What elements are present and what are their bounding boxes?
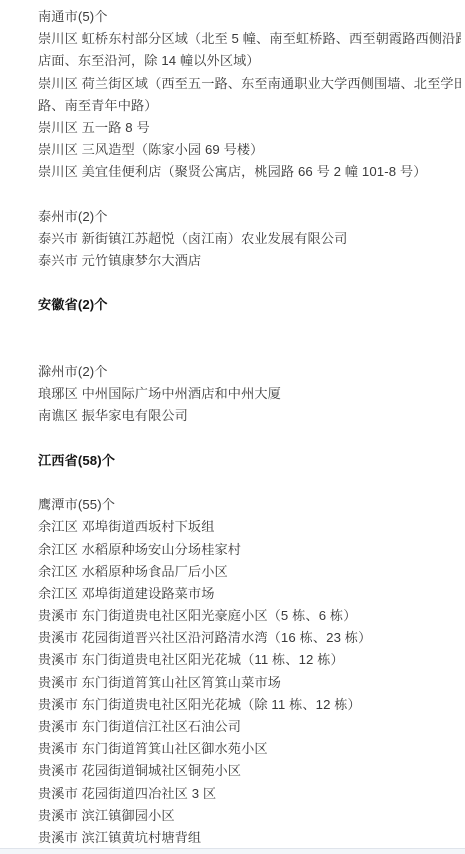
blank-line bbox=[38, 472, 461, 494]
text-line: 鹰潭市(55)个 bbox=[38, 494, 461, 516]
blank-line bbox=[38, 184, 461, 206]
document-body: 南通市(5)个崇川区 虹桥东村部分区域（北至 5 幢、南至虹桥路、西至朝霞路西侧… bbox=[0, 0, 465, 849]
document-page: 南通市(5)个崇川区 虹桥东村部分区域（北至 5 幢、南至虹桥路、西至朝霞路西侧… bbox=[0, 0, 465, 854]
text-line: 泰兴市 元竹镇康梦尔大酒店 bbox=[38, 250, 461, 272]
blank-line bbox=[38, 317, 461, 339]
text-line: 贵溪市 东门街道贵电社区阳光花城（除 11 栋、12 栋） bbox=[38, 694, 461, 716]
text-line: 崇川区 虹桥东村部分区域（北至 5 幢、南至虹桥路、西至朝霞路西侧沿路 bbox=[38, 28, 461, 50]
text-line: 贵溪市 花园街道晋兴社区沿河路清水湾（16 栋、23 栋） bbox=[38, 627, 461, 649]
text-line: 崇川区 五一路 8 号 bbox=[38, 117, 461, 139]
text-line: 崇川区 荷兰街区域（西至五一路、东至南通职业大学西侧围墙、北至学田南 bbox=[38, 73, 461, 95]
text-line: 余江区 邓埠街道西坂村下坂组 bbox=[38, 516, 461, 538]
text-line: 余江区 水稻原种场食品厂后小区 bbox=[38, 561, 461, 583]
blank-line bbox=[38, 428, 461, 450]
text-line: 滁州市(2)个 bbox=[38, 361, 461, 383]
text-line: 贵溪市 东门街道筲箕山社区筲箕山菜市场 bbox=[38, 672, 461, 694]
text-line: 贵溪市 东门街道筲箕山社区御水苑小区 bbox=[38, 738, 461, 760]
text-line: 贵溪市 东门街道信江社区石油公司 bbox=[38, 716, 461, 738]
text-line: 贵溪市 花园街道四冶社区 3 区 bbox=[38, 783, 461, 805]
bottom-divider bbox=[0, 848, 465, 854]
text-line: 余江区 邓埠街道建设路菜市场 bbox=[38, 583, 461, 605]
text-line: 贵溪市 花园街道铜城社区铜苑小区 bbox=[38, 760, 461, 782]
text-line: 泰兴市 新街镇江苏超悦（卤江南）农业发展有限公司 bbox=[38, 228, 461, 250]
blank-line bbox=[38, 339, 461, 361]
blank-line bbox=[38, 272, 461, 294]
text-line: 余江区 水稻原种场安山分场桂家村 bbox=[38, 539, 461, 561]
text-line: 贵溪市 东门街道贵电社区阳光花城（11 栋、12 栋） bbox=[38, 649, 461, 671]
text-line: 琅琊区 中州国际广场中州酒店和中州大厦 bbox=[38, 383, 461, 405]
text-line: 路、南至青年中路） bbox=[38, 95, 461, 117]
province-header-line: 江西省(58)个 bbox=[38, 450, 461, 472]
text-line: 贵溪市 东门街道贵电社区阳光豪庭小区（5 栋、6 栋） bbox=[38, 605, 461, 627]
text-line: 泰州市(2)个 bbox=[38, 206, 461, 228]
text-line: 南谯区 振华家电有限公司 bbox=[38, 405, 461, 427]
text-line: 店面、东至沿河，除 14 幢以外区域） bbox=[38, 50, 461, 72]
text-line: 崇川区 美宜佳便利店（聚贤公寓店，桃园路 66 号 2 幢 101-8 号） bbox=[38, 161, 461, 183]
text-line: 贵溪市 滨江镇黄坑村塘背组 bbox=[38, 827, 461, 849]
text-line: 南通市(5)个 bbox=[38, 6, 461, 28]
province-header-line: 安徽省(2)个 bbox=[38, 294, 461, 316]
text-line: 崇川区 三风造型（陈家小园 69 号楼） bbox=[38, 139, 461, 161]
text-line: 贵溪市 滨江镇御园小区 bbox=[38, 805, 461, 827]
